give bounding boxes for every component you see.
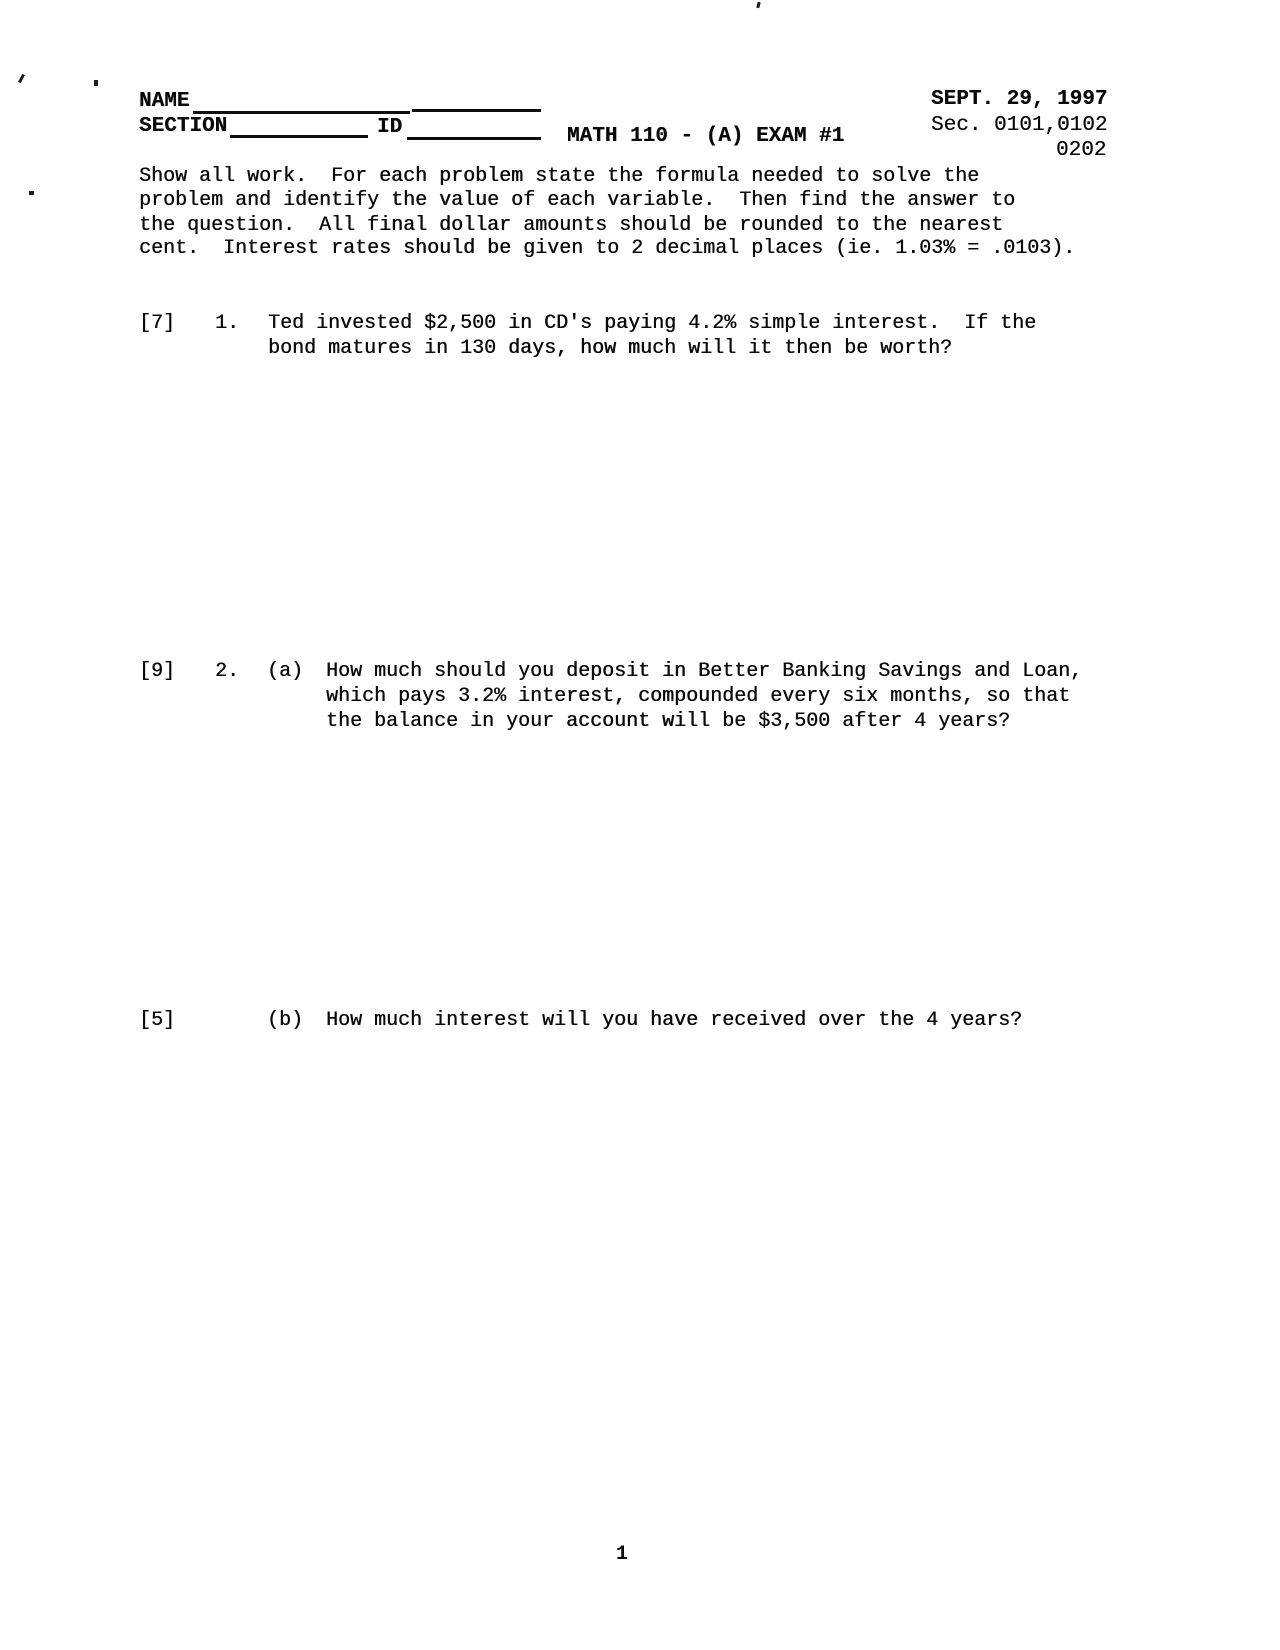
course-title: MATH 110 - (A) EXAM #1 [567,124,844,149]
scan-speck [94,80,98,86]
section-label: SECTION [139,114,227,139]
id-label: ID [377,115,402,140]
problem-1-points: [7] [139,311,175,336]
problem-2b-points: [5] [139,1008,175,1033]
sections-line-1: Sec. 0101,0102 [931,113,1107,138]
instructions-line: problem and identify the value of each v… [139,188,1015,213]
scan-speck [756,2,760,9]
section-blank-line [230,135,368,138]
problem-2a-text-line: How much should you deposit in Better Ba… [326,659,1082,684]
problem-1-text-line: Ted invested $2,500 in CD's paying 4.2% … [268,311,1036,336]
problem-2-number: 2. [215,659,239,684]
problem-2b-part-label: (b) [267,1008,303,1033]
problem-2a-part-label: (a) [267,659,303,684]
instructions-line: the question. All final dollar amounts s… [139,213,1003,238]
problem-2a-text-line: which pays 3.2% interest, compounded eve… [326,684,1070,709]
problem-1-text-line: bond matures in 130 days, how much will … [268,336,952,361]
scan-speck [18,74,25,83]
instructions-line: Show all work. For each problem state th… [139,164,979,189]
name-label: NAME [139,89,189,114]
problem-1-number: 1. [215,311,239,336]
instructions-line: cent. Interest rates should be given to … [139,236,1075,261]
scan-speck [29,191,34,195]
page-number: 1 [616,1543,628,1566]
problem-2a-text-line: the balance in your account will be $3,5… [326,709,1010,734]
id-blank-line [407,137,541,140]
sections-line-2: 0202 [1056,138,1106,163]
exam-page: NAME SECTION ID MATH 110 - (A) EXAM #1 S… [0,0,1280,1650]
exam-date: SEPT. 29, 1997 [931,87,1107,112]
problem-2b-text-line: How much interest will you have received… [326,1008,1022,1033]
name-blank-line-2 [412,109,541,112]
problem-2a-points: [9] [139,659,175,684]
